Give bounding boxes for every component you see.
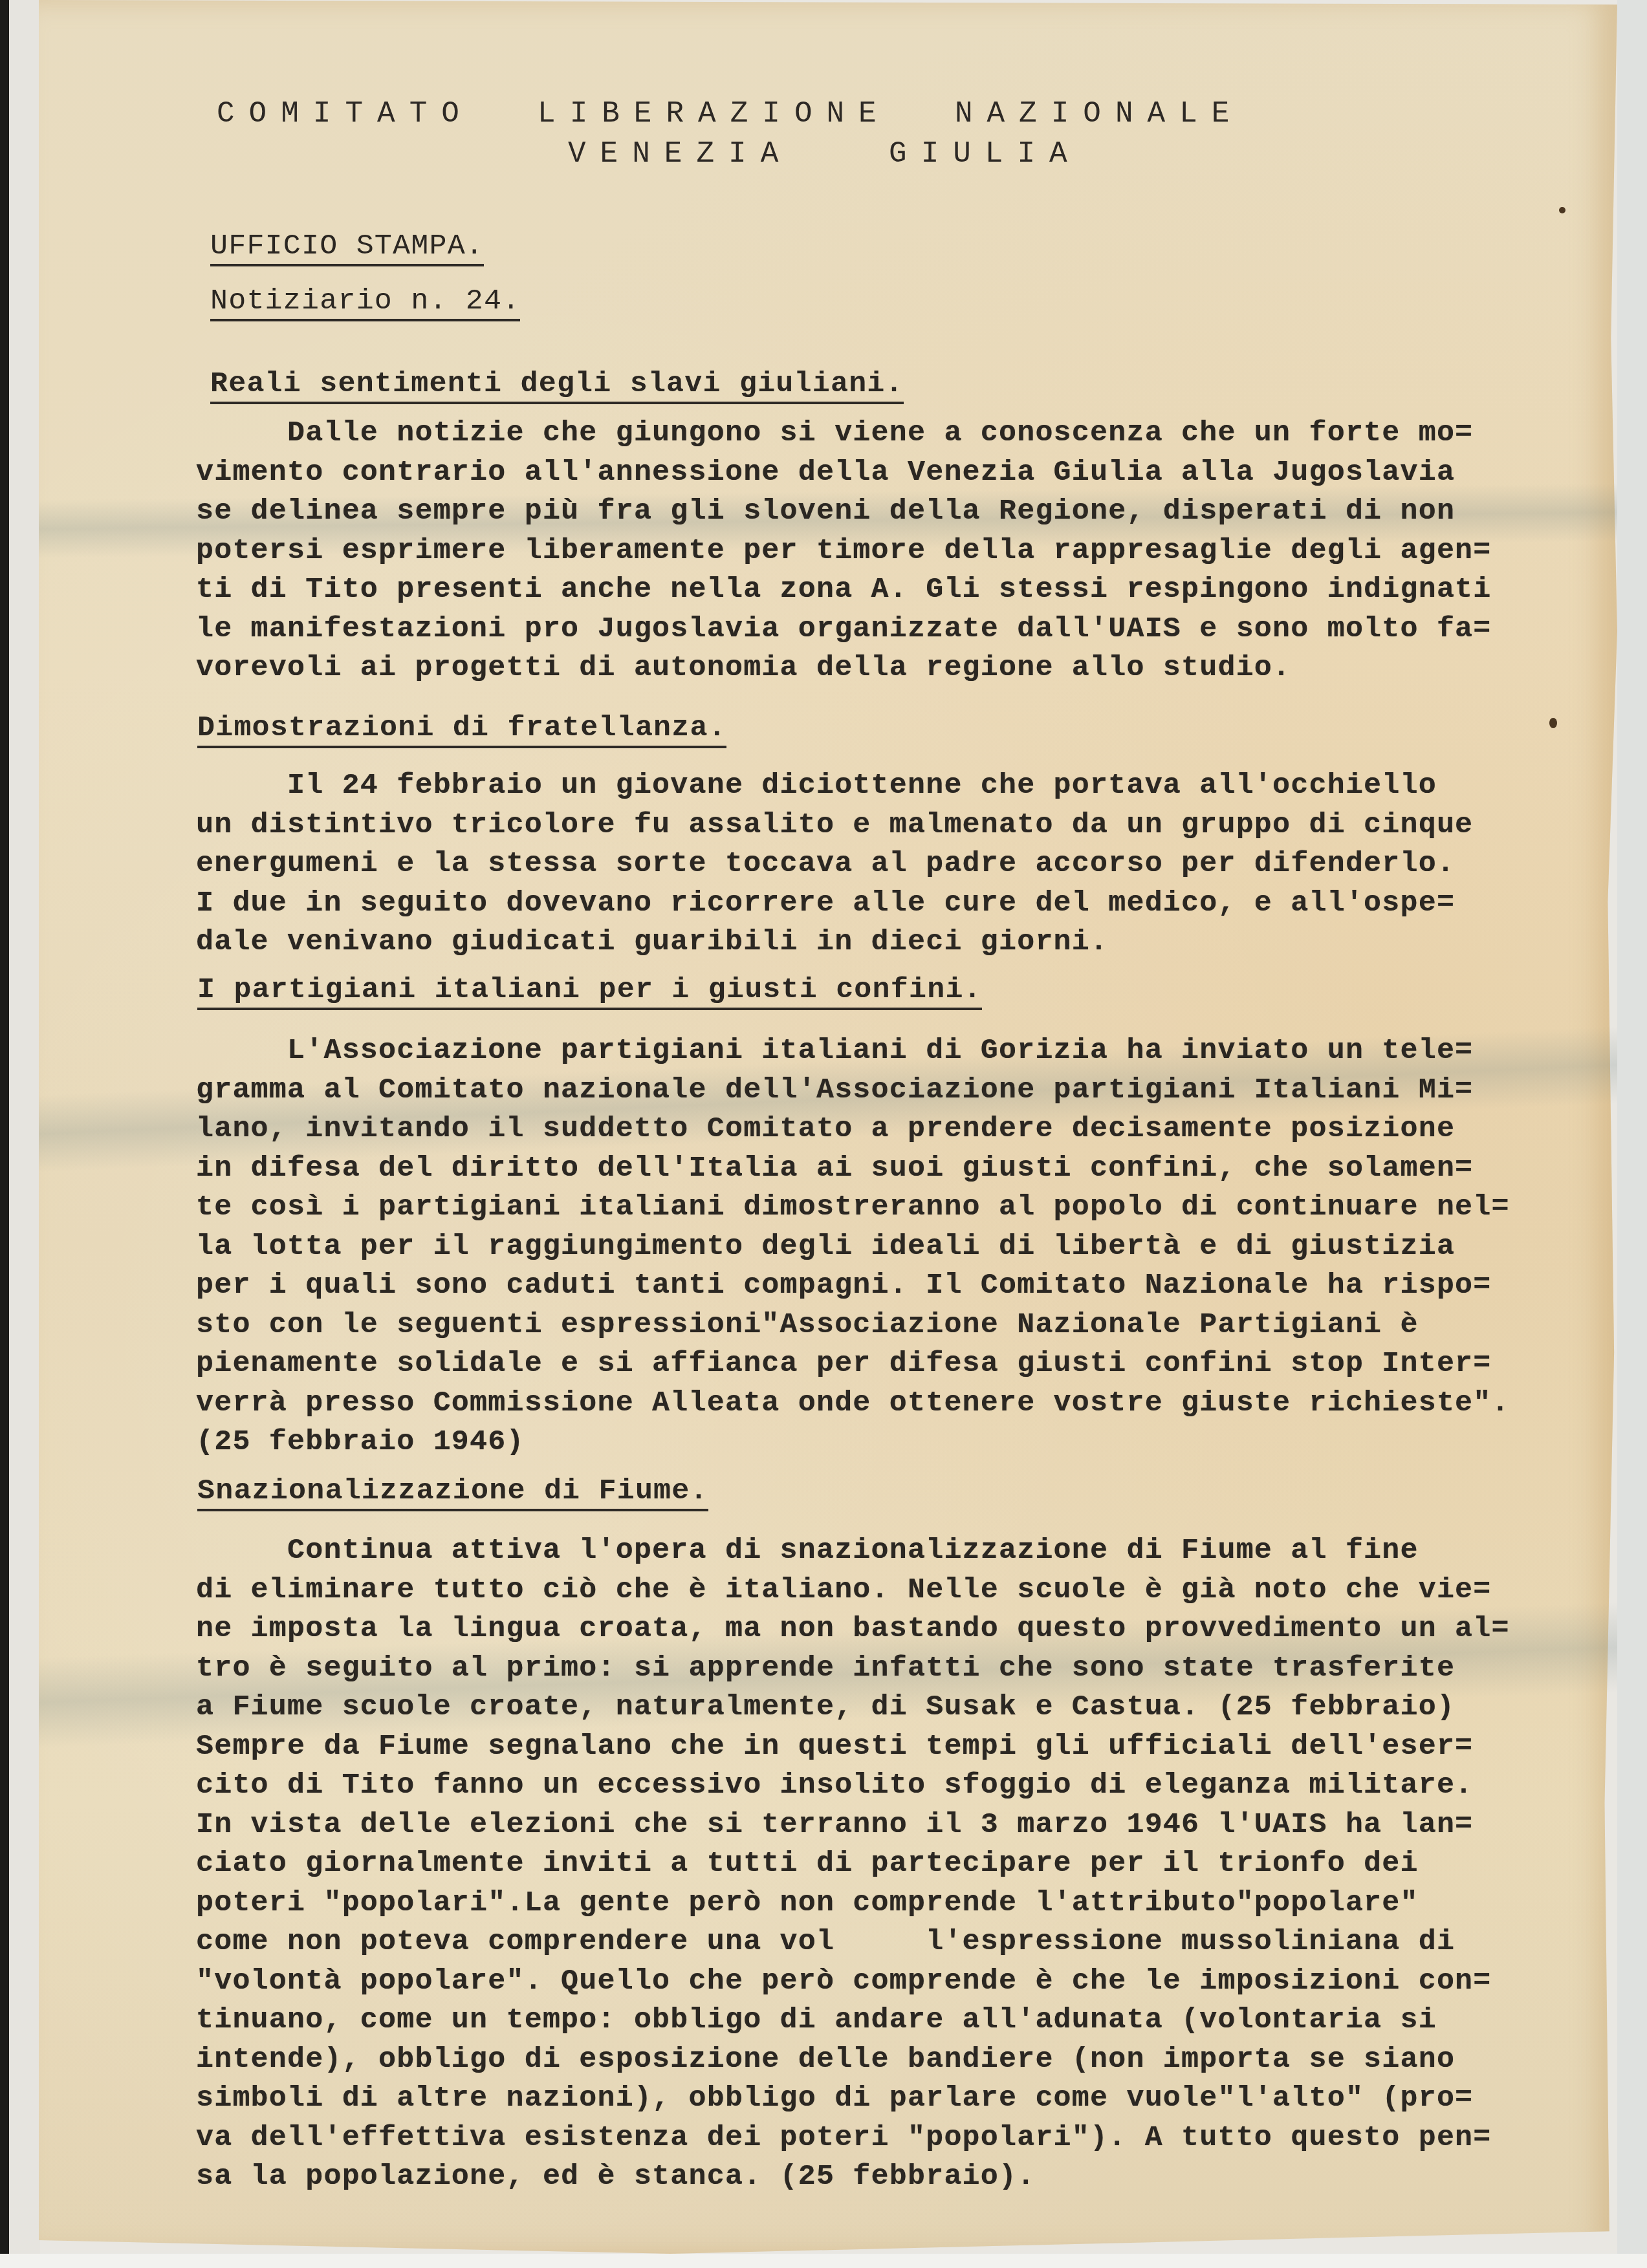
letterhead-line-1: COMITATO LIBERAZIONE NAZIONALE [217, 97, 1243, 131]
section-title-4-text: Snazionalizzazione di Fiume. [197, 1474, 708, 1511]
text-line: tro è seguito al primo: si apprende infa… [196, 1649, 1510, 1689]
text-line: L'Associazione partigiani italiani di Go… [196, 1031, 1510, 1071]
text-line: ne imposta la lingua croata, ma non bast… [196, 1610, 1510, 1649]
typewritten-document: COMITATO LIBERAZIONE NAZIONALE VENEZIA G… [0, 0, 1647, 2268]
section-title-4: Snazionalizzazione di Fiume. [197, 1474, 708, 1507]
text-line: verrà presso Commissione Alleata onde ot… [196, 1384, 1510, 1423]
text-line: sa la popolazione, ed è stanca. (25 febb… [196, 2157, 1510, 2197]
text-line: ti di Tito presenti anche nella zona A. … [196, 570, 1492, 610]
section-title-1: Reali sentimenti degli slavi giuliani. [210, 367, 904, 400]
paper-hole-mark [1559, 207, 1565, 213]
office-label: UFFICIO STAMPA. [210, 230, 484, 263]
text-line: Il 24 febbraio un giovane diciottenne ch… [196, 766, 1473, 806]
text-line: tinuano, come un tempo: obbligo di andar… [196, 2001, 1510, 2040]
section-title-3-text: I partigiani italiani per i giusti confi… [197, 973, 982, 1010]
text-line: sto con le seguenti espressioni"Associaz… [196, 1306, 1510, 1345]
text-line: gramma al Comitato nazionale dell'Associ… [196, 1071, 1510, 1110]
text-line: va dell'effettiva esistenza dei poteri "… [196, 2119, 1510, 2158]
text-line: dale venivano giudicati guaribili in die… [196, 923, 1473, 962]
section-2-body: Il 24 febbraio un giovane diciottenne ch… [196, 766, 1473, 962]
text-line: vorevoli ai progetti di autonomia della … [196, 649, 1492, 688]
text-line: In vista delle elezioni che si terranno … [196, 1806, 1510, 1845]
paper-hole-mark [1549, 718, 1557, 728]
text-line: a Fiume scuole croate, naturalmente, di … [196, 1688, 1510, 1727]
text-line: la lotta per il raggiungimento degli ide… [196, 1227, 1510, 1267]
text-line: I due in seguito dovevano ricorrere alle… [196, 884, 1473, 923]
bulletin-number-text: Notiziario n. 24. [210, 285, 520, 321]
text-line: Sempre da Fiume segnalano che in questi … [196, 1727, 1510, 1767]
section-1-body: Dalle notizie che giungono si viene a co… [196, 414, 1492, 688]
text-line: (25 febbraio 1946) [196, 1423, 1510, 1462]
letterhead-line-2: VENEZIA GIULIA [568, 137, 1082, 171]
section-title-2: Dimostrazioni di fratellanza. [197, 711, 726, 744]
text-line: poteri "popolari".La gente però non comp… [196, 1884, 1510, 1923]
text-line: Dalle notizie che giungono si viene a co… [196, 414, 1492, 453]
text-line: energumeni e la stessa sorte toccava al … [196, 845, 1473, 884]
text-line: un distintivo tricolore fu assalito e ma… [196, 806, 1473, 845]
text-line: le manifestazioni pro Jugoslavia organiz… [196, 610, 1492, 649]
text-line: di eliminare tutto ciò che è italiano. N… [196, 1571, 1510, 1610]
text-line: come non poteva comprendere una vol l'es… [196, 1923, 1510, 1962]
bulletin-number: Notiziario n. 24. [210, 285, 520, 318]
office-label-text: UFFICIO STAMPA. [210, 230, 484, 266]
text-line: vimento contrario all'annessione della V… [196, 453, 1492, 493]
text-line: pienamente solidale e si affianca per di… [196, 1345, 1510, 1384]
section-title-1-text: Reali sentimenti degli slavi giuliani. [210, 367, 904, 404]
section-title-3: I partigiani italiani per i giusti confi… [197, 973, 982, 1006]
section-title-2-text: Dimostrazioni di fratellanza. [197, 711, 726, 748]
text-line: te così i partigiani italiani dimostrera… [196, 1188, 1510, 1227]
section-3-body: L'Associazione partigiani italiani di Go… [196, 1031, 1510, 1462]
text-line: Continua attiva l'opera di snazionalizza… [196, 1531, 1510, 1571]
text-line: se delinea sempre più fra gli sloveni de… [196, 492, 1492, 532]
text-line: per i quali sono caduti tanti compagni. … [196, 1266, 1510, 1306]
text-line: potersi esprimere liberamente per timore… [196, 532, 1492, 571]
text-line: in difesa del diritto dell'Italia ai suo… [196, 1149, 1510, 1189]
text-line: ciato giornalmente inviti a tutti di par… [196, 1844, 1510, 1884]
text-line: simboli di altre nazioni), obbligo di pa… [196, 2079, 1510, 2119]
text-line: "volontà popolare". Quello che però comp… [196, 1962, 1510, 2002]
section-4-body: Continua attiva l'opera di snazionalizza… [196, 1531, 1510, 2197]
text-line: cito di Tito fanno un eccessivo insolito… [196, 1766, 1510, 1806]
text-line: lano, invitando il suddetto Comitato a p… [196, 1110, 1510, 1149]
text-line: intende), obbligo di esposizione delle b… [196, 2040, 1510, 2080]
